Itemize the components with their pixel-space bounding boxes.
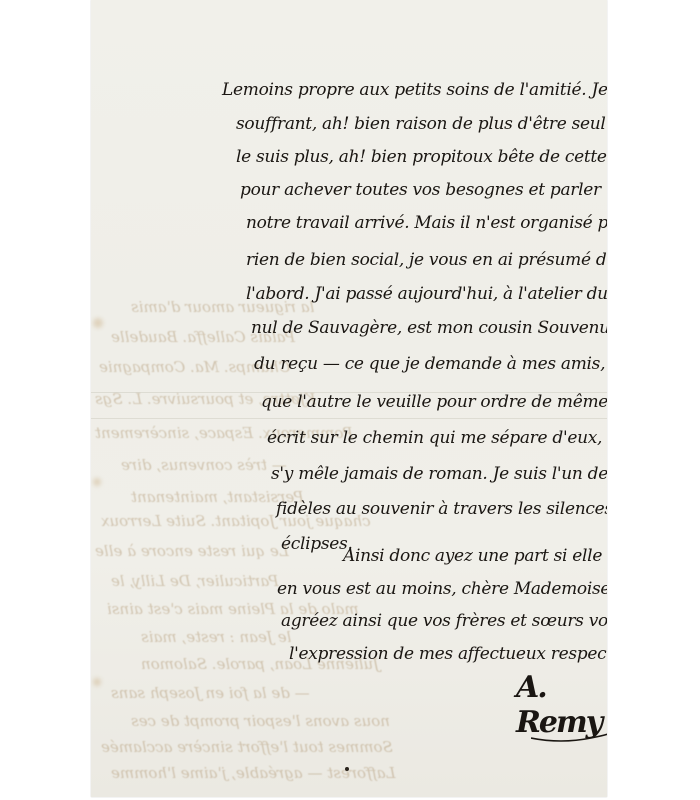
bleed-line: Particulier, De Lilly, le — [111, 572, 279, 590]
letter-line: en vous est au moins, chère Mademoiselle… — [277, 579, 607, 599]
letter-paper: la rigueur amour d'amis Palais Calleffa.… — [91, 0, 607, 797]
letter-line: Lemoins propre aux petits soins de l'ami… — [222, 80, 607, 100]
letter-line: nul de Sauvagère, est mon cousin Souvenu — [251, 318, 607, 338]
letter-line: fidèles au souvenir à travers les silenc… — [276, 499, 607, 519]
bleed-line: Le qui reste encore à elle — [95, 542, 289, 560]
letter-line: Ainsi donc ayez une part si elle — [343, 546, 602, 566]
letter-line: souffrant, ah! bien raison de plus d'êtr… — [236, 114, 607, 134]
letter-line: pour achever toutes vos besognes et parl… — [240, 180, 601, 200]
bleed-line: — très convenus, dire — [121, 456, 287, 474]
letter-line: écrit sur le chemin qui me sépare d'eux,… — [267, 428, 607, 448]
bleed-line: — de la foi en Joseph sans — [111, 684, 310, 702]
letter-line: notre travail arrivé. Mais il n'est orga… — [246, 213, 607, 233]
bleed-line: nous avons l'espoir prompt de ces — [131, 712, 390, 730]
letter-line: agréez ainsi que vos frères et sœurs vot… — [281, 611, 607, 631]
bleed-line: Lafforest — agréable, j'aime l'homme — [111, 764, 396, 782]
letter-line: l'abord. J'ai passé aujourd'hui, à l'ate… — [246, 284, 607, 304]
letter-line: rien de bien social, je vous en ai présu… — [246, 250, 607, 270]
letter-line: l'expression de mes affectueux respects — [289, 644, 607, 664]
signature-flourish — [531, 720, 607, 750]
ink-dot — [345, 767, 349, 771]
letter-line: éclipses. — [281, 534, 353, 554]
bleed-line: le Jean : reste, mais — [141, 628, 291, 646]
letter-line: du reçu — ce que je demande à mes amis, … — [254, 354, 607, 374]
bleed-line: Sommes tout l'effort sincère acclamée — [101, 738, 393, 756]
letter-line: s'y mêle jamais de roman. Je suis l'un d… — [271, 464, 607, 484]
letter-line: que l'autre le veuille pour ordre de mêm… — [261, 392, 607, 412]
letter-line: le suis plus, ah! bien propitoux bête de… — [236, 147, 607, 167]
